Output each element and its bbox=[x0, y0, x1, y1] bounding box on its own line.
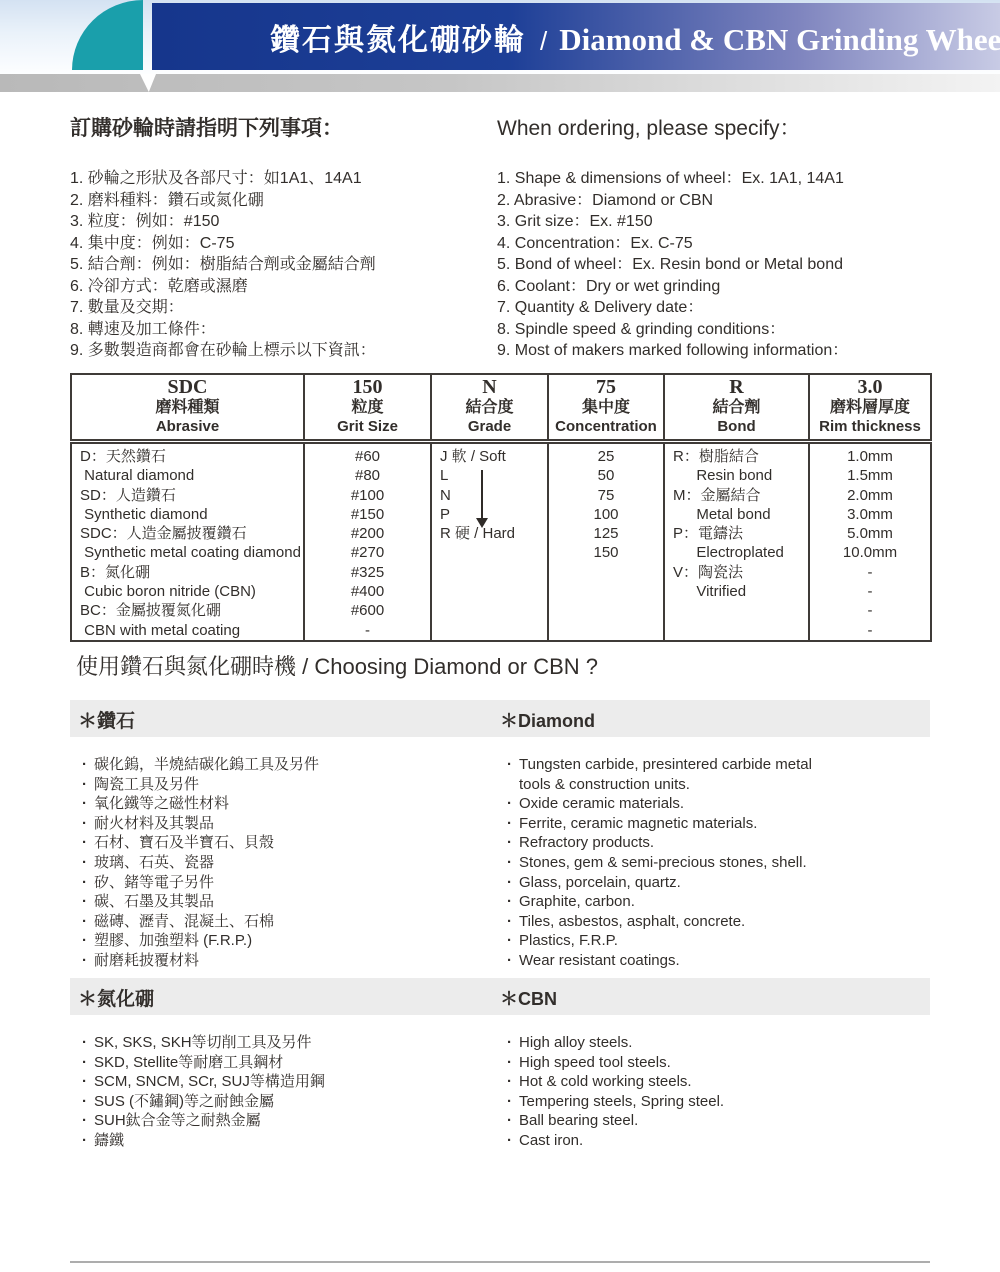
ordering-heading-en: When ordering, please specify： bbox=[497, 112, 957, 142]
page-title: 鑽石與氮化硼砂輪 / Diamond & CBN Grinding Wheels bbox=[270, 15, 1000, 59]
cbn-heading-en: ＊CBN bbox=[500, 985, 557, 1011]
list-item: Tempering steels, Spring steel. bbox=[505, 1092, 935, 1112]
spec-code: 75 bbox=[549, 377, 663, 398]
spec-code: SDC bbox=[72, 377, 303, 398]
spec-table-body-row: D：天然鑽石 Natural diamond SD：人造鑽石 Synthetic… bbox=[71, 442, 931, 641]
diamond-subsection-band: ＊鑽石 ＊Diamond bbox=[70, 700, 930, 737]
spec-label-zh: 結合度 bbox=[432, 398, 547, 418]
list-item: 3. Grit size：Ex. #150 bbox=[497, 211, 957, 233]
spec-label-en: Rim thickness bbox=[810, 418, 930, 436]
list-item: 7. Quantity & Delivery date： bbox=[497, 297, 957, 319]
list-item: Glass, porcelain, quartz. bbox=[505, 873, 839, 893]
list-item: High speed tool steels. bbox=[505, 1053, 935, 1073]
list-item: SCM, SNCM, SCr, SUJ等構造用鋼 bbox=[80, 1072, 500, 1092]
list-item: 耐火材料及其製品 bbox=[80, 814, 490, 834]
list-item: Wear resistant coatings. bbox=[505, 951, 839, 971]
list-item: 2. 磨料種料：鑽石或氮化硼 bbox=[70, 190, 490, 212]
list-item: Ball bearing steel. bbox=[505, 1111, 935, 1131]
list-item: High alloy steels. bbox=[505, 1033, 935, 1053]
spec-label-zh: 結合劑 bbox=[665, 398, 808, 418]
list-item: 4. Concentration：Ex. C-75 bbox=[497, 233, 957, 255]
list-item: 4. 集中度：例如：C-75 bbox=[70, 233, 490, 255]
list-item: Ferrite, ceramic magnetic materials. bbox=[505, 814, 839, 834]
list-item: Cast iron. bbox=[505, 1131, 935, 1151]
spec-header-concentration: 75 集中度 Concentration bbox=[548, 374, 664, 442]
diamond-applications-en: Tungsten carbide, presintered carbide me… bbox=[505, 755, 839, 971]
list-item: 8. Spindle speed & grinding conditions： bbox=[497, 319, 957, 341]
rim-thickness-values: 1.0mm 1.5mm 2.0mm 3.0mm 5.0mm 10.0mm - -… bbox=[810, 444, 930, 640]
list-item: 2. Abrasive：Diamond or CBN bbox=[497, 190, 957, 212]
footer-divider bbox=[70, 1261, 930, 1263]
spec-code: N bbox=[432, 377, 547, 398]
list-item: 矽、鍺等電子另件 bbox=[80, 873, 490, 893]
list-item: 石材、寶石及半寶石、貝殼 bbox=[80, 833, 490, 853]
list-item: SK, SKS, SKH等切削工具及另件 bbox=[80, 1033, 500, 1053]
list-item: 6. 冷卻方式：乾磨或濕磨 bbox=[70, 276, 490, 298]
ordering-section-en: When ordering, please specify： 1. Shape … bbox=[497, 112, 957, 362]
catalog-page: 鑽石與氮化硼砂輪 / Diamond & CBN Grinding Wheels… bbox=[0, 0, 1000, 1272]
diamond-applications-zh: 碳化鎢，半燒結碳化鎢工具及另件陶瓷工具及另件氧化鐵等之磁性材料耐火材料及其製品石… bbox=[80, 755, 490, 971]
list-item: Tungsten carbide, presintered carbide me… bbox=[505, 755, 839, 794]
bond-values: R：樹脂結合 Resin bond M：金屬結合 Metal bond P：電鑄… bbox=[665, 444, 808, 601]
list-item: 8. 轉速及加工條件： bbox=[70, 319, 490, 341]
spec-header-grit-size: 150 粒度 Grit Size bbox=[304, 374, 431, 442]
spec-cell-grit-size: #60 #80 #100 #150 #200 #270 #325 #400 #6… bbox=[304, 442, 431, 641]
page-title-separator: / bbox=[540, 26, 547, 57]
soft-to-hard-arrow bbox=[481, 470, 483, 518]
concentration-values: 25 50 75 100 125 150 bbox=[549, 444, 663, 563]
list-item: SUH鈦合金等之耐熱金屬 bbox=[80, 1111, 500, 1131]
spec-label-en: Abrasive bbox=[72, 418, 303, 436]
spec-header-abrasive: SDC 磨料種類 Abrasive bbox=[71, 374, 304, 442]
ordering-section-zh: 訂購砂輪時請指明下列事項： 1. 砂輪之形狀及各部尺寸：如1A1、14A12. … bbox=[70, 112, 490, 362]
list-item: Tiles, asbestos, asphalt, concrete. bbox=[505, 912, 839, 932]
spec-code: 3.0 bbox=[810, 377, 930, 398]
spec-label-en: Grit Size bbox=[305, 418, 430, 436]
spec-cell-grade: J 軟 / Soft L N P R 硬 / Hard bbox=[431, 442, 548, 641]
spec-table-header-row: SDC 磨料種類 Abrasive 150 粒度 Grit Size N 結合度… bbox=[71, 374, 931, 442]
cbn-applications-zh: SK, SKS, SKH等切削工具及另件SKD, Stellite等耐磨工具鋼材… bbox=[80, 1033, 500, 1151]
spec-code: 150 bbox=[305, 377, 430, 398]
list-item: 碳、石墨及其製品 bbox=[80, 892, 490, 912]
list-item: Refractory products. bbox=[505, 833, 839, 853]
spec-label-zh: 磨料層厚度 bbox=[810, 398, 930, 418]
list-item: 9. 多數製造商都會在砂輪上標示以下資訊： bbox=[70, 340, 490, 362]
list-item: SKD, Stellite等耐磨工具鋼材 bbox=[80, 1053, 500, 1073]
title-bar: 鑽石與氮化硼砂輪 / Diamond & CBN Grinding Wheels bbox=[152, 3, 1000, 70]
list-item: 5. Bond of wheel：Ex. Resin bond or Metal… bbox=[497, 254, 957, 276]
ordering-list-zh: 1. 砂輪之形狀及各部尺寸：如1A1、14A12. 磨料種料：鑽石或氮化硼3. … bbox=[70, 168, 490, 362]
list-item: Stones, gem & semi-precious stones, shel… bbox=[505, 853, 839, 873]
diamond-heading-en: ＊Diamond bbox=[500, 707, 595, 733]
spec-cell-concentration: 25 50 75 100 125 150 bbox=[548, 442, 664, 641]
ordering-heading-zh: 訂購砂輪時請指明下列事項： bbox=[70, 112, 490, 142]
grade-values: J 軟 / Soft L N P R 硬 / Hard bbox=[432, 444, 547, 543]
cbn-applications-en: High alloy steels.High speed tool steels… bbox=[505, 1033, 935, 1151]
spec-header-grade: N 結合度 Grade bbox=[431, 374, 548, 442]
soft-to-hard-arrowhead bbox=[476, 518, 488, 528]
ordering-list-en: 1. Shape & dimensions of wheel：Ex. 1A1, … bbox=[497, 168, 957, 362]
spec-label-en: Grade bbox=[432, 418, 547, 436]
cbn-heading-zh: ＊氮化硼 bbox=[78, 984, 154, 1011]
list-item: 6. Coolant：Dry or wet grinding bbox=[497, 276, 957, 298]
list-item: 玻璃、石英、瓷器 bbox=[80, 853, 490, 873]
list-item: 5. 結合劑：例如：樹脂結合劑或金屬結合劑 bbox=[70, 254, 490, 276]
spec-header-rim-thickness: 3.0 磨料層厚度 Rim thickness bbox=[809, 374, 931, 442]
choosing-section-title: 使用鑽石與氮化硼時機 / Choosing Diamond or CBN ? bbox=[76, 650, 598, 681]
grit-size-values: #60 #80 #100 #150 #200 #270 #325 #400 #6… bbox=[305, 444, 430, 640]
list-item: Oxide ceramic materials. bbox=[505, 794, 839, 814]
list-item: 陶瓷工具及另件 bbox=[80, 775, 490, 795]
list-item: Plastics, F.R.P. bbox=[505, 931, 839, 951]
page-title-zh: 鑽石與氮化硼砂輪 bbox=[270, 15, 526, 59]
spec-cell-abrasive: D：天然鑽石 Natural diamond SD：人造鑽石 Synthetic… bbox=[71, 442, 304, 641]
spec-header-bond: R 結合劑 Bond bbox=[664, 374, 809, 442]
list-item: 1. Shape & dimensions of wheel：Ex. 1A1, … bbox=[497, 168, 957, 190]
list-item: 碳化鎢，半燒結碳化鎢工具及另件 bbox=[80, 755, 490, 775]
list-item: Graphite, carbon. bbox=[505, 892, 839, 912]
spec-label-en: Concentration bbox=[549, 418, 663, 436]
list-item: 磁磚、瀝青、混凝土、石棉 bbox=[80, 912, 490, 932]
spec-label-en: Bond bbox=[665, 418, 808, 436]
page-title-en: Diamond & CBN Grinding Wheels bbox=[559, 22, 1000, 58]
spec-label-zh: 粒度 bbox=[305, 398, 430, 418]
list-item: 塑膠、加強塑料 (F.R.P.) bbox=[80, 931, 490, 951]
diamond-heading-zh: ＊鑽石 bbox=[78, 706, 135, 733]
list-item: 1. 砂輪之形狀及各部尺寸：如1A1、14A1 bbox=[70, 168, 490, 190]
spec-code: R bbox=[665, 377, 808, 398]
spec-cell-rim-thickness: 1.0mm 1.5mm 2.0mm 3.0mm 5.0mm 10.0mm - -… bbox=[809, 442, 931, 641]
spec-label-zh: 磨料種類 bbox=[72, 398, 303, 418]
list-item: 7. 數量及交期： bbox=[70, 297, 490, 319]
spec-label-zh: 集中度 bbox=[549, 398, 663, 418]
list-item: 3. 粒度：例如：#150 bbox=[70, 211, 490, 233]
list-item: 氧化鐵等之磁性材料 bbox=[80, 794, 490, 814]
list-item: 鑄鐵 bbox=[80, 1131, 500, 1151]
cbn-subsection-band: ＊氮化硼 ＊CBN bbox=[70, 978, 930, 1015]
list-item: 9. Most of makers marked following infor… bbox=[497, 340, 957, 362]
abrasive-values: D：天然鑽石 Natural diamond SD：人造鑽石 Synthetic… bbox=[72, 444, 303, 640]
spec-cell-bond: R：樹脂結合 Resin bond M：金屬結合 Metal bond P：電鑄… bbox=[664, 442, 809, 641]
list-item: Hot & cold working steels. bbox=[505, 1072, 935, 1092]
list-item: 耐磨耗披覆材料 bbox=[80, 951, 490, 971]
list-item: SUS (不鏽鋼)等之耐蝕金屬 bbox=[80, 1092, 500, 1112]
wheel-marking-spec-table: SDC 磨料種類 Abrasive 150 粒度 Grit Size N 結合度… bbox=[70, 373, 932, 642]
